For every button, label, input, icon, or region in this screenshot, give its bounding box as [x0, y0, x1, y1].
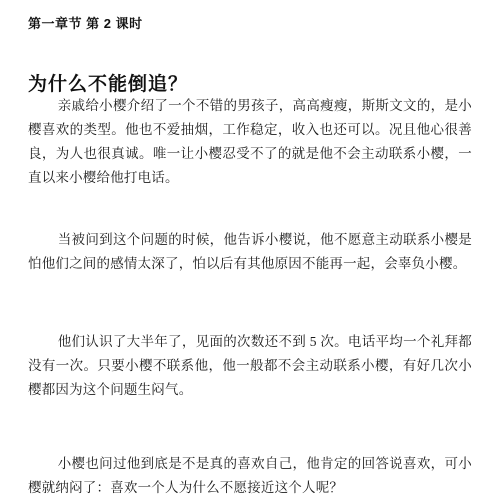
- paragraph-2: 当被问到这个问题的时候，他告诉小樱说，他不愿意主动联系小樱是怕他们之间的感情太深…: [28, 228, 472, 276]
- paragraph-1: 亲戚给小樱介绍了一个不错的男孩子，高高瘦瘦，斯斯文文的，是小樱喜欢的类型。他也不…: [28, 94, 472, 190]
- paragraph-4: 小樱也问过他到底是不是真的喜欢自己，他肯定的回答说喜欢，可小樱就纳闷了：喜欢一个…: [28, 452, 472, 496]
- document-page: 第一章节 第 2 课时 为什么不能倒追？ 亲戚给小樱介绍了一个不错的男孩子，高高…: [0, 0, 500, 496]
- page-title: 为什么不能倒追？: [28, 69, 472, 96]
- chapter-header: 第一章节 第 2 课时: [28, 13, 472, 32]
- paragraph-3: 他们认识了大半年了，见面的次数还不到 5 次。电话平均一个礼拜都没有一次。只要小…: [28, 330, 472, 402]
